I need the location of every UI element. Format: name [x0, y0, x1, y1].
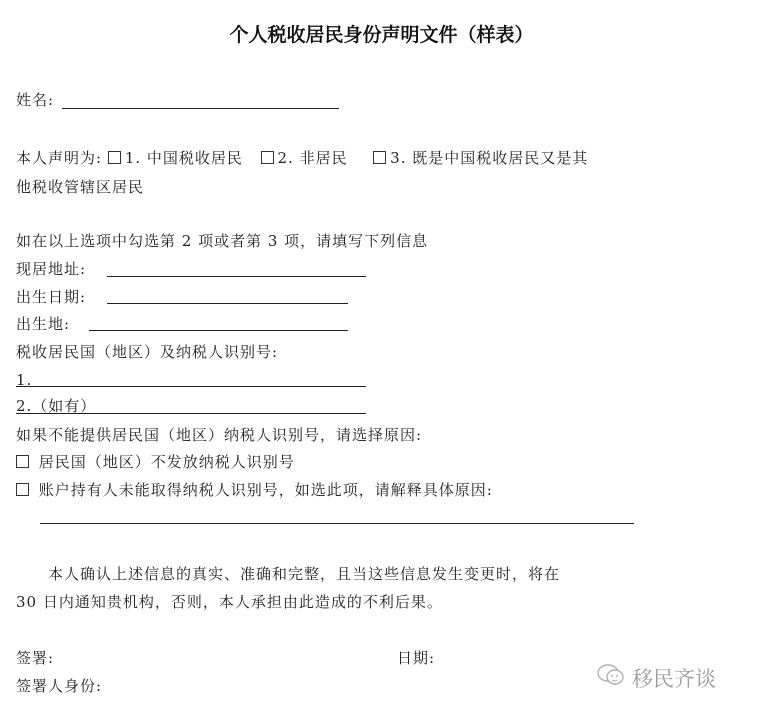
tax-id-2-field[interactable] [16, 413, 366, 414]
reason-2-checkbox[interactable] [16, 483, 29, 496]
wechat-icon [596, 662, 626, 693]
instruction-text: 如在以上选项中勾选第 2 项或者第 3 项，请填写下列信息 [16, 231, 428, 251]
birth-place-field[interactable] [89, 330, 348, 331]
address-label: 现居地址: [16, 259, 86, 279]
reason-2-label: 账户持有人未能取得纳税人识别号，如选此项，请解释具体原因: [39, 481, 493, 499]
declaration-prefix: 本人声明为: [16, 149, 102, 167]
signer-identity-label: 签署人身份: [16, 676, 102, 696]
name-label: 姓名: [16, 90, 54, 110]
option-2-label: 2. 非居民 [278, 149, 348, 167]
reason-1-checkbox[interactable] [16, 455, 29, 468]
tax-id-heading: 税收居民国（地区）及纳税人识别号: [16, 342, 278, 362]
option-3-checkbox[interactable] [373, 151, 386, 164]
option-3-label: 3. 既是中国税收居民又是其 [390, 149, 588, 167]
confirmation-line-2: 30 日内通知贵机构，否则，本人承担由此造成的不利后果。 [16, 592, 443, 612]
option-1-checkbox[interactable] [108, 151, 121, 164]
watermark-text: 移民齐谈 [632, 663, 716, 693]
reason-1-label: 居民国（地区）不发放纳税人识别号 [39, 453, 295, 471]
watermark: 移民齐谈 [596, 662, 716, 693]
confirmation-line-1: 本人确认上述信息的真实、准确和完整，且当这些信息发生变更时，将在 [48, 564, 560, 584]
declaration-continuation: 他税收管辖区居民 [16, 177, 144, 197]
reason-1: 居民国（地区）不发放纳税人识别号 [16, 452, 295, 472]
signature-label: 签署: [16, 648, 54, 668]
name-field[interactable] [62, 108, 339, 109]
birth-date-field[interactable] [107, 303, 348, 304]
birth-date-label: 出生日期: [16, 287, 86, 307]
reasons-heading: 如果不能提供居民国（地区）纳税人识别号，请选择原因: [16, 425, 422, 445]
option-2-checkbox[interactable] [261, 151, 274, 164]
birth-place-label: 出生地: [16, 314, 70, 334]
address-field[interactable] [107, 276, 366, 277]
reason-2: 账户持有人未能取得纳税人识别号，如选此项，请解释具体原因: [16, 480, 493, 500]
option-1-label: 1. 中国税收居民 [125, 149, 243, 167]
tax-id-1-field[interactable] [16, 386, 366, 387]
tax-id-1-label: 1. [16, 370, 32, 390]
page-title: 个人税收居民身份声明文件（样表） [0, 20, 763, 47]
reason-explanation-field[interactable] [40, 523, 634, 524]
date-label: 日期: [397, 648, 435, 668]
declaration-line: 本人声明为: 1. 中国税收居民 2. 非居民 3. 既是中国税收居民又是其 [16, 148, 588, 168]
